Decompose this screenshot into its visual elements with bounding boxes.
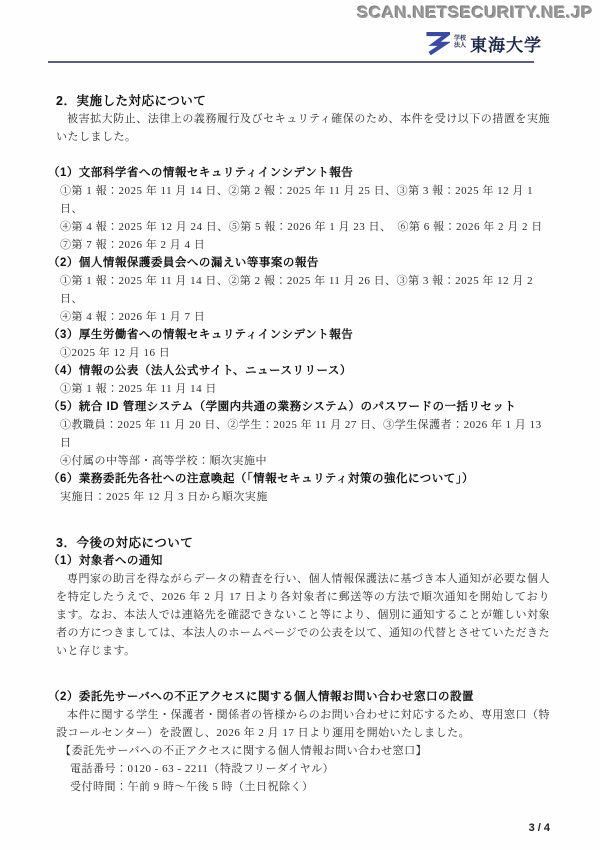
document-body: 2．実施した対応について 被害拡大防止、法律上の義務履行及びセキュリティ確保のた… [48, 92, 550, 796]
future-item-2-paragraph: 本件に関する学生・保護者・関係者の皆様からのお問い合わせに対応するため、専用窓口… [48, 706, 550, 742]
future-item-2-title: （2）委託先サーバへの不正アクセスに関する個人情報お問い合わせ窓口の設置 [48, 688, 550, 706]
watermark: SCAN.NETSECURITY.NE.JP [357, 3, 593, 23]
corporation-label: 学校 法人 [454, 36, 466, 50]
item-2-title: （2）個人情報保護委員会への漏えい等事案の報告 [48, 254, 550, 272]
item-5-title: （5）統合 ID 管理システム（学園内共通の業務システム）のパスワードの一括リセ… [48, 398, 550, 416]
tokai-logo-icon [424, 30, 450, 56]
item-1-title: （1）文部科学省への情報セキュリティインシデント報告 [48, 164, 550, 182]
item-6-title: （6）業務委託先各社への注意喚起（「情報セキュリティ対策の強化について」） [48, 470, 550, 488]
university-logo: 学校 法人 東海大学 [424, 30, 542, 56]
university-name: 東海大学 [470, 31, 542, 56]
contact-hours: 受付時間：午前 9 時〜午後 5 時（土日祝除く） [48, 778, 550, 796]
item-1-line-2: ④第 4 報：2025 年 12 月 24 日、⑤第 5 報：2026 年 1 … [48, 218, 550, 236]
item-5-line-1: ①教職員：2025 年 11 月 20 日、②学生：2025 年 11 月 27… [48, 416, 550, 452]
item-1-line-1: ①第 1 報：2025 年 11 月 14 日、②第 2 報：2025 年 11… [48, 182, 550, 218]
future-item-1-title: （1）対象者への通知 [48, 552, 550, 570]
page-number: 3 / 4 [529, 822, 550, 834]
item-3-line-1: ①2025 年 12 月 16 日 [48, 344, 550, 362]
section-2-title: 2．実施した対応について [48, 92, 550, 110]
item-2-line-1: ①第 1 報：2025 年 11 月 14 日、②第 2 報：2025 年 11… [48, 272, 550, 308]
item-3-title: （3）厚生労働省への情報セキュリティインシデント報告 [48, 326, 550, 344]
item-4-title: （4）情報の公表（法人公式サイト、ニュースリリース） [48, 362, 550, 380]
item-2-line-2: ④第 4 報：2026 年 1 月 7 日 [48, 308, 550, 326]
document-page: SCAN.NETSECURITY.NE.JP 学校 法人 東海大学 2．実施した… [0, 0, 600, 850]
section-2-intro: 被害拡大防止、法律上の義務履行及びセキュリティ確保のため、本件を受け以下の措置を… [48, 110, 550, 146]
header-rule [48, 61, 534, 63]
section-3-title: 3．今後の対応について [48, 534, 550, 552]
contact-window-header: 【委託先サーバへの不正アクセスに関する個人情報お問い合わせ窓口】 [48, 742, 550, 760]
item-4-line-1: ①第 1 報：2025 年 11 月 14 日 [48, 380, 550, 398]
future-item-1-paragraph: 専門家の助言を得ながらデータの精査を行い、個人情報保護法に基づき本人通知が必要な… [48, 570, 550, 660]
item-5-line-2: ④付属の中等部・高等学校：順次実施中 [48, 452, 550, 470]
item-6-line-1: 実施日：2025 年 12 月 3 日から順次実施 [48, 488, 550, 506]
item-1-line-3: ⑦第 7 報：2026 年 2 月 4 日 [48, 236, 550, 254]
contact-phone: 電話番号：0120 - 63 - 2211（特設フリーダイヤル） [48, 760, 550, 778]
